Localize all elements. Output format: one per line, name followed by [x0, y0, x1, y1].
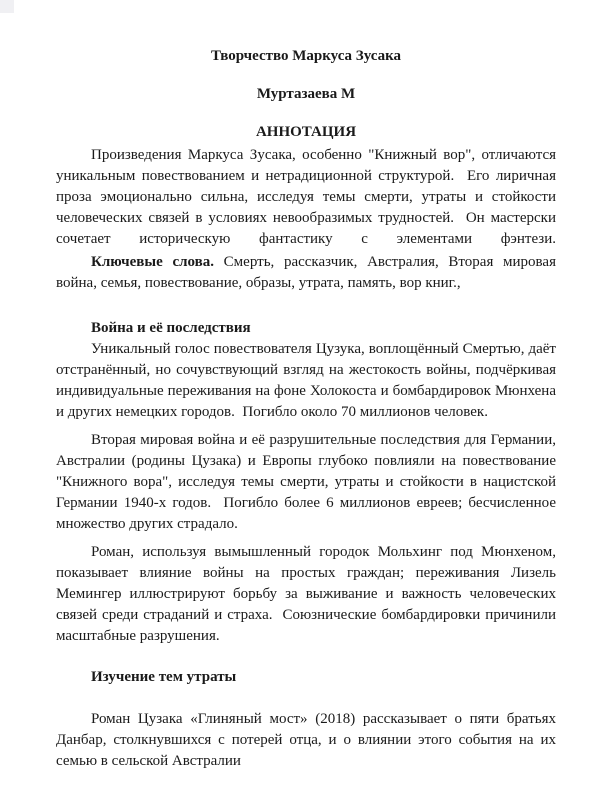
annotation-paragraph: Произведения Маркуса Зусака, особенно "К… [56, 145, 556, 250]
section-heading-war-consequences: Война и её последствия [56, 318, 556, 339]
war-section-paragraph-1: Уникальный голос повествователя Цузука, … [56, 339, 556, 423]
war-section-paragraph-2: Вторая мировая война и её разрушительные… [56, 430, 556, 535]
doc-author: Муртазаева М [56, 84, 556, 105]
annotation-heading: АННОТАЦИЯ [56, 122, 556, 143]
war-section-paragraph-3: Роман, используя вымышленный городок Мол… [56, 542, 556, 647]
loss-section-paragraph-1: Роман Цузака «Глиняный мост» (2018) расс… [56, 709, 556, 772]
scan-corner-artifact [0, 0, 14, 13]
doc-title: Творчество Маркуса Зусака [56, 46, 556, 67]
keywords-paragraph: Ключевые слова. Смерть, рассказчик, Авст… [56, 252, 556, 294]
keywords-label: Ключевые слова. [91, 254, 214, 270]
section-heading-loss-themes: Изучение тем утраты [56, 667, 556, 688]
document-page: Творчество Маркуса Зусака Муртазаева М А… [0, 0, 612, 792]
